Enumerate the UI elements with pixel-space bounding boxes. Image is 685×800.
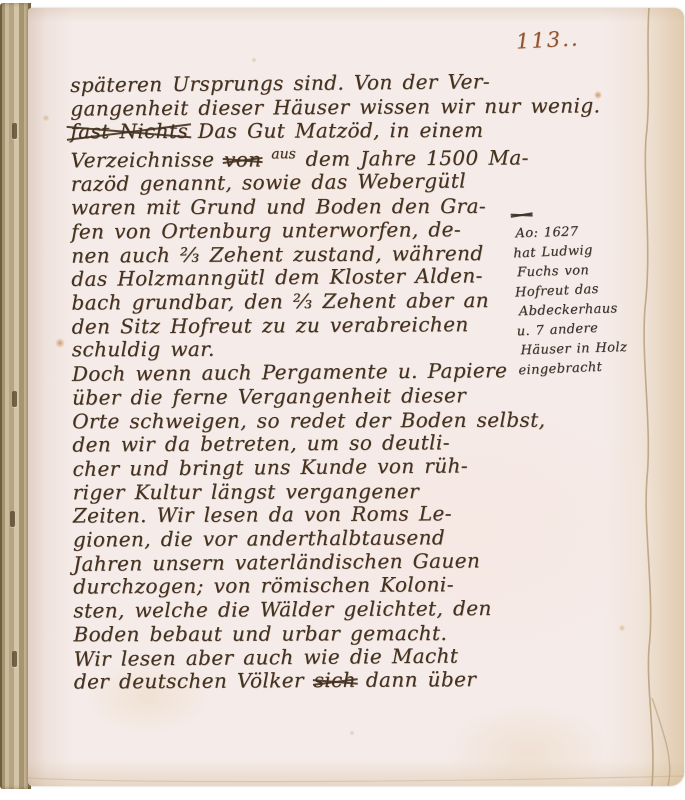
handwritten-text: eingebracht bbox=[518, 360, 602, 379]
margin-note-line: Fuchs von bbox=[517, 258, 676, 282]
text-line: Boden bebaut und urbar gemacht. bbox=[73, 621, 585, 646]
text-line: durchzogen; von römischen Koloni- bbox=[73, 573, 585, 600]
handwritten-text: gangenheit dieser Häuser wissen wir nur … bbox=[70, 93, 600, 120]
margin-note-line: Ao: 1627 bbox=[515, 219, 674, 243]
page-number: 113.. bbox=[515, 26, 580, 53]
handwritten-text: riger Kultur längst vergangener bbox=[73, 479, 420, 504]
text-line: riger Kultur längst vergangener bbox=[73, 479, 585, 504]
text-line: Wir lesen aber auch wie die Macht bbox=[74, 643, 586, 671]
text-line: späteren Ursprungs sind. Von der Ver- bbox=[70, 69, 582, 97]
handwritten-text: cher und bringt uns Kunde von rüh- bbox=[72, 453, 468, 480]
binding-stitch bbox=[12, 651, 17, 667]
text-line: fast Nichts Das Gut Matzöd, in einem bbox=[70, 119, 582, 144]
handwritten-text: Das Gut Matzöd, in einem bbox=[188, 118, 483, 143]
handwritten-text: bach grundbar, den ⅔ Zehent aber an bbox=[71, 288, 489, 315]
struck-word: von bbox=[224, 148, 262, 172]
text-line: Doch wenn auch Pergamente u. Papiere bbox=[72, 359, 584, 387]
manuscript-page: 113.. späteren Ursprungs sind. Von der V… bbox=[28, 8, 684, 786]
margin-note-line: Häuser in Holz bbox=[520, 336, 679, 360]
margin-note-line: Abdeckerhaus bbox=[519, 297, 678, 321]
handwritten-text: Doch wenn auch Pergamente u. Papiere bbox=[72, 358, 508, 386]
handwritten-text: hat Ludwig bbox=[513, 243, 593, 261]
handwritten-text: den Sitz Hofreut zu zu verabreichen bbox=[72, 312, 469, 338]
text-line: razöd genannt, sowie das Webergütl bbox=[71, 169, 583, 197]
text-line: Jahren unsern vaterländischen Gauen bbox=[73, 548, 585, 576]
handwritten-text: über die ferne Vergangenheit dieser bbox=[72, 383, 466, 409]
text-line: cher und bringt uns Kunde von rüh- bbox=[72, 453, 584, 481]
handwritten-text: dem Jahre 1500 Ma- bbox=[296, 146, 529, 171]
text-line: fen von Ortenburg unterworfen, de- bbox=[71, 217, 583, 244]
handwritten-text: Orte schweigen, so redet der Boden selbs… bbox=[72, 407, 545, 433]
text-line: über die ferne Vergangenheit dieser bbox=[72, 383, 584, 410]
handwritten-text: Wir lesen aber auch wie die Macht bbox=[74, 643, 459, 670]
handwritten-text: das Holzmanngütl dem Kloster Alden- bbox=[71, 264, 483, 292]
text-line: Zeiten. Wir lesen da von Roms Le- bbox=[73, 502, 585, 529]
handwritten-text: razöd genannt, sowie das Webergütl bbox=[71, 169, 466, 196]
handwritten-text: Fuchs von bbox=[517, 263, 589, 280]
struck-word: fast Nichts bbox=[70, 120, 188, 144]
handwritten-text: Ao: 1627 bbox=[515, 224, 578, 241]
handwritten-text: späteren Ursprungs sind. Von der Ver- bbox=[70, 69, 490, 97]
handwritten-text: der deutschen Völker bbox=[74, 668, 314, 693]
text-line: gangenheit dieser Häuser wissen wir nur … bbox=[70, 94, 582, 121]
handwritten-text: Zeiten. Wir lesen da von Roms Le- bbox=[73, 502, 452, 528]
handwritten-text: durchzogen; von römischen Koloni- bbox=[73, 573, 454, 599]
text-line: waren mit Grund und Boden den Gra- bbox=[71, 195, 583, 220]
inserted-word: aus bbox=[271, 146, 296, 162]
handwritten-text: Jahren unsern vaterländischen Gauen bbox=[73, 548, 480, 576]
handwritten-text: Hofreut das bbox=[515, 282, 599, 301]
handwritten-text: Häuser in Holz bbox=[520, 340, 627, 358]
text-line: Orte schweigen, so redet der Boden selbs… bbox=[72, 408, 584, 433]
handwritten-text: Verzeichnisse bbox=[71, 147, 225, 172]
text-line: der deutschen Völker sich dann über bbox=[74, 668, 586, 695]
book-binding-edge bbox=[0, 3, 31, 789]
binding-stitch bbox=[10, 511, 15, 527]
main-text-block: späteren Ursprungs sind. Von der Ver-gan… bbox=[70, 70, 586, 694]
struck-word: sich bbox=[314, 669, 356, 693]
binding-stitch bbox=[12, 391, 17, 407]
handwritten-text: den wir da betreten, um so deutli- bbox=[72, 430, 450, 456]
handwritten-text: Abdeckerhaus bbox=[519, 301, 618, 319]
binding-stitch bbox=[12, 123, 17, 139]
handwritten-text: fen von Ortenburg unterworfen, de- bbox=[71, 217, 461, 243]
handwritten-text: sten, welche die Wälder gelichtet, den bbox=[73, 596, 491, 623]
struck-word: ––– bbox=[511, 205, 533, 225]
handwritten-text bbox=[261, 147, 271, 171]
text-line: sten, welche die Wälder gelichtet, den bbox=[73, 597, 585, 624]
handwritten-text: gionen, die vor anderthalbtausend bbox=[73, 525, 445, 551]
text-line: den Sitz Hofreut zu zu verabreichen bbox=[72, 312, 584, 339]
handwritten-text: schuldig war. bbox=[72, 337, 215, 361]
handwritten-text: Boden bebaut und urbar gemacht. bbox=[73, 621, 447, 646]
text-line: das Holzmanngütl dem Kloster Alden- bbox=[71, 264, 583, 292]
handwritten-text: u. 7 andere bbox=[516, 321, 598, 340]
margin-note: –––Ao: 1627hat LudwigFuchs vonHofreut da… bbox=[511, 199, 677, 381]
text-line: bach grundbar, den ⅔ Zehent aber an bbox=[71, 288, 583, 315]
handwritten-text: waren mit Grund und Boden den Gra- bbox=[71, 194, 486, 219]
handwritten-text: dann über bbox=[356, 667, 476, 692]
